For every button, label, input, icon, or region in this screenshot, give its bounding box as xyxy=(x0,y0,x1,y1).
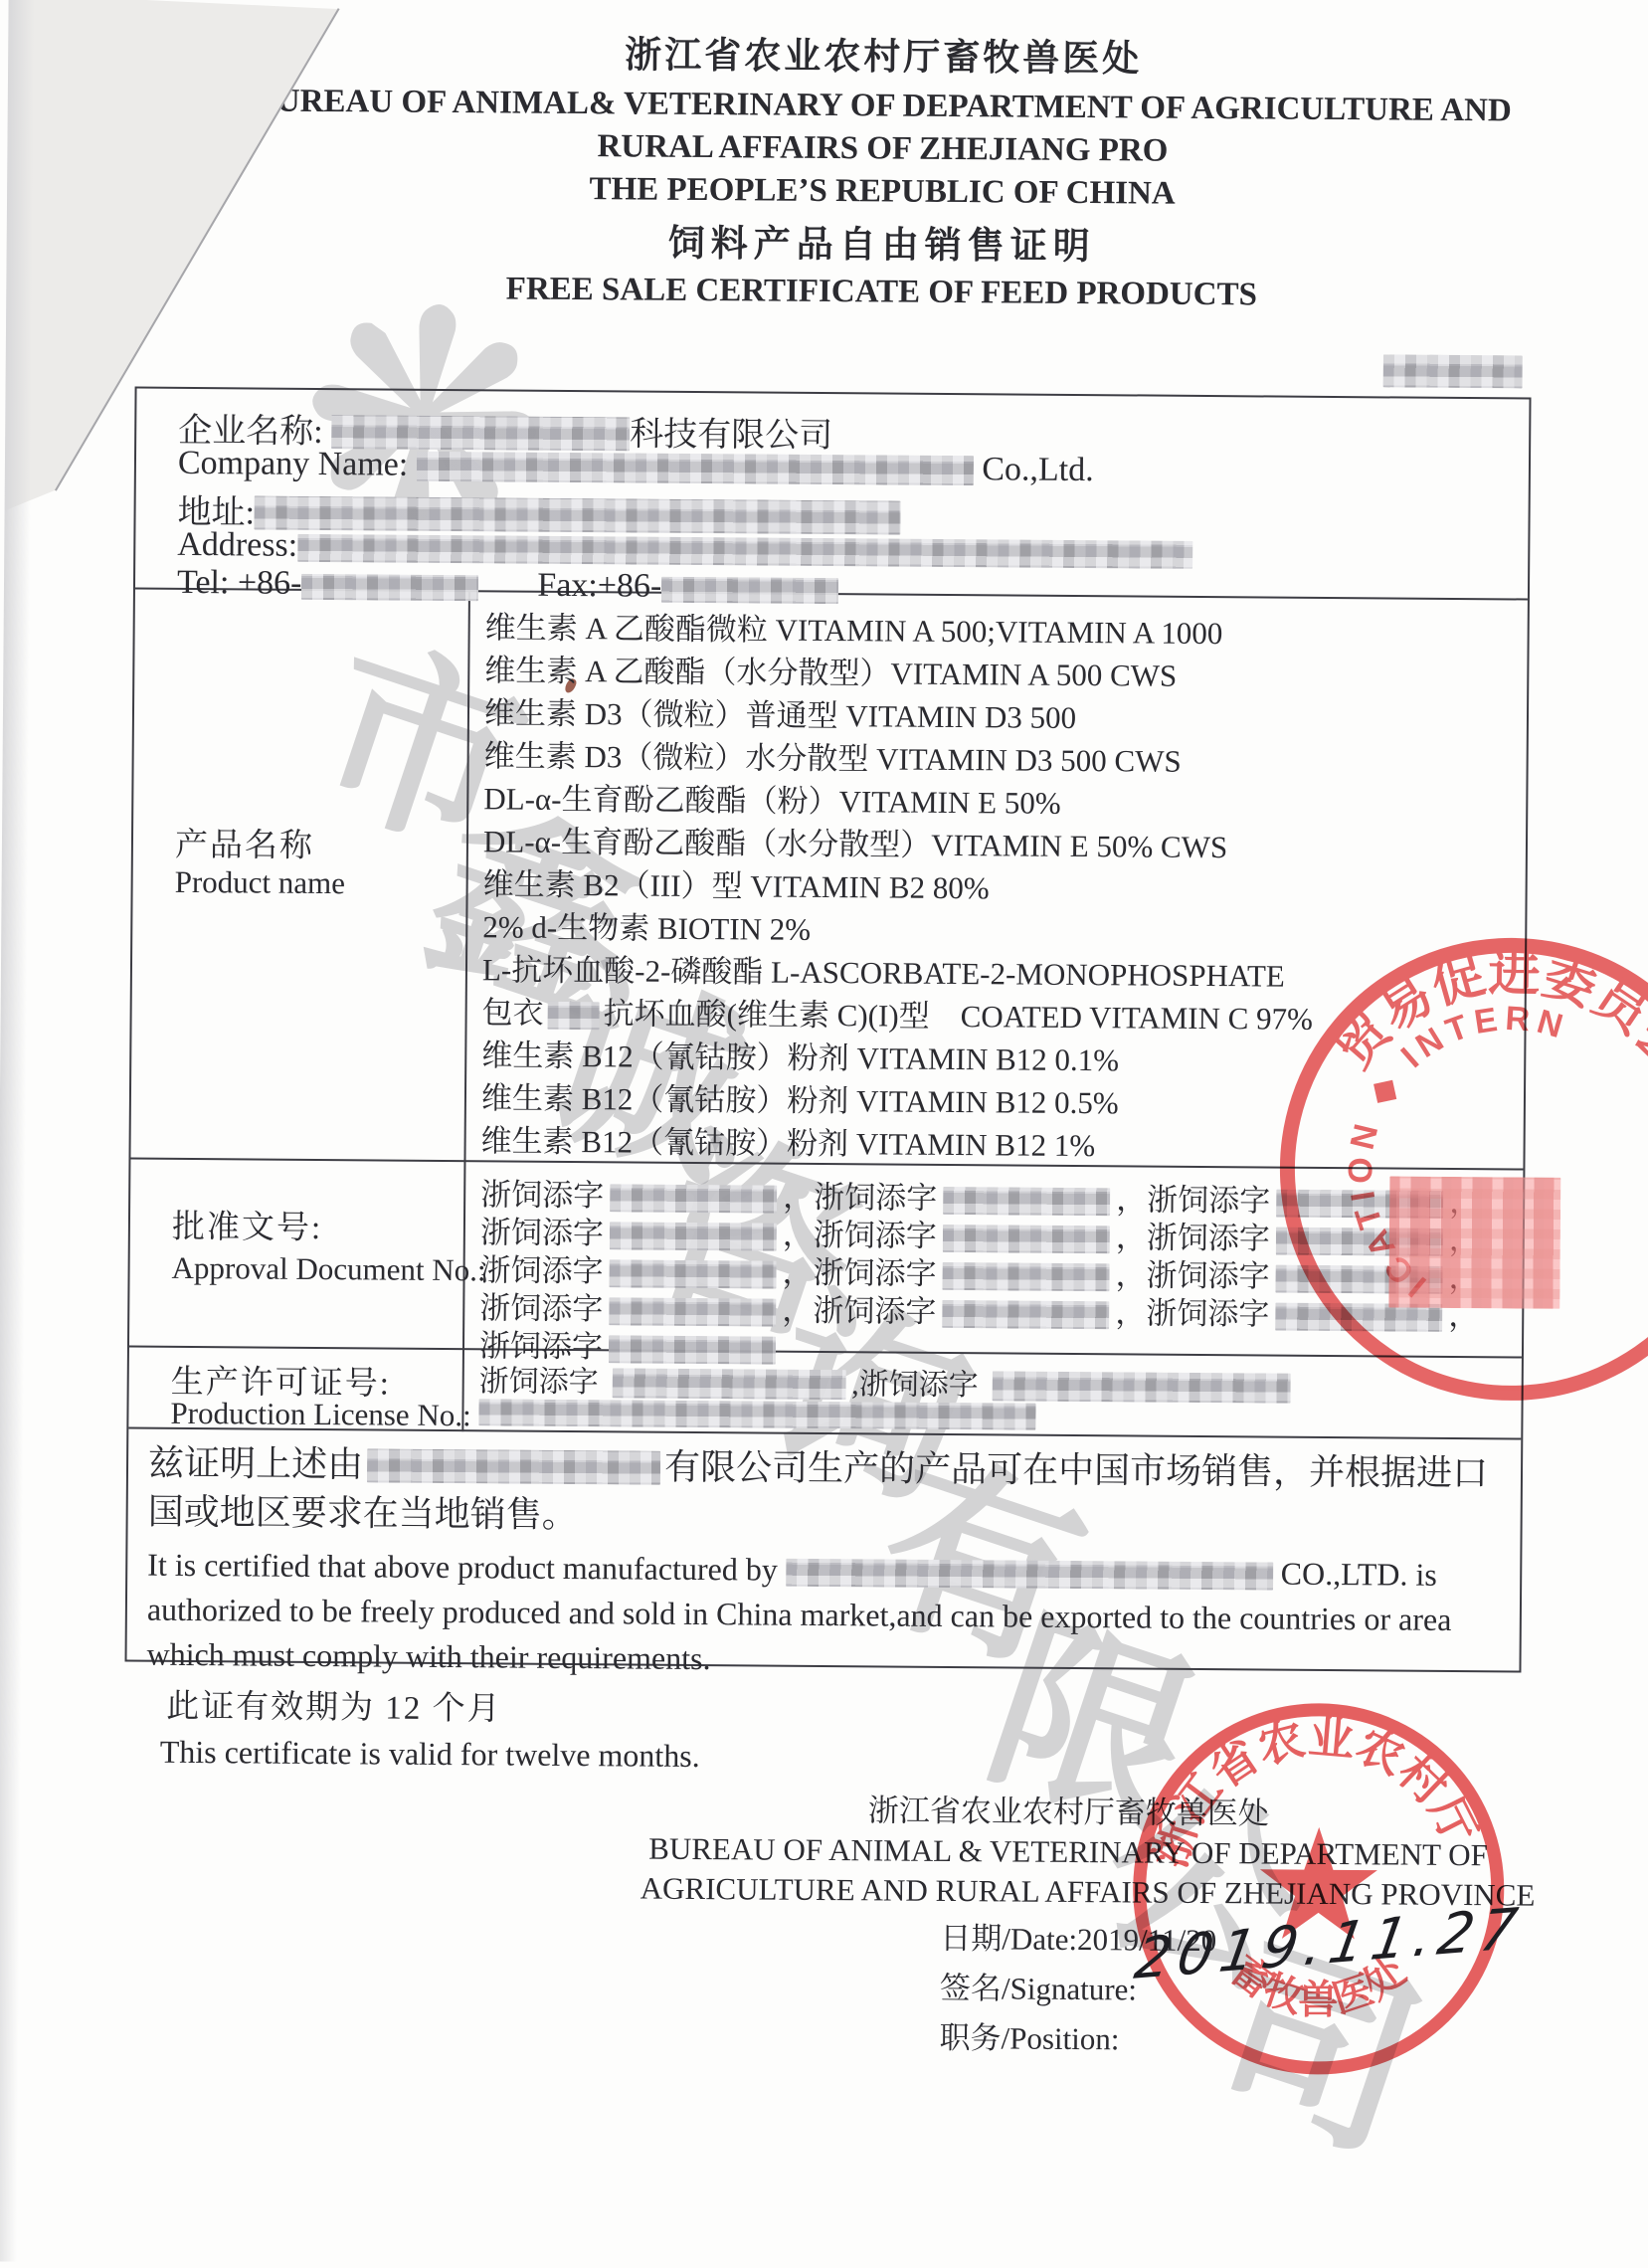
statement-company-redacted xyxy=(367,1448,660,1484)
product-item: 维生素 D3（微粒）普通型 VITAMIN D3 500 xyxy=(484,687,1076,737)
statement-cn-prefix: 兹证明上述由 xyxy=(148,1443,363,1485)
fax-redacted xyxy=(661,577,838,604)
product-item: 维生素 B12（氰钴胺）粉剂 VITAMIN B12 0.5% xyxy=(481,1072,1119,1122)
coated-item-redacted xyxy=(548,1002,600,1030)
product-item: 维生素 B12（氰钴胺）粉剂 VITAMIN B12 1% xyxy=(480,1115,1095,1165)
license-no-redacted xyxy=(478,1399,1035,1429)
approval-separator: ， xyxy=(1115,1295,1146,1330)
header-title-en-1: BUREAU OF ANIMAL& VETERINARY OF DEPARTME… xyxy=(97,82,1648,130)
header-title-cn: 浙江省农业农村厅畜牧兽医处 xyxy=(97,20,1648,86)
approval-label-en: Approval Document No.: xyxy=(171,1250,485,1288)
product-item: 维生素 B12（氰钴胺）粉剂 VITAMIN B12 0.1% xyxy=(481,1030,1119,1079)
approval-separator: ， xyxy=(782,1293,813,1328)
company-name-label-en: Company Name: xyxy=(178,445,409,483)
scanned-document: ❋ 市鑫诚咨询有限公司 浙江省农业农村厅畜牧兽医处 BUREAU OF ANIM… xyxy=(0,0,1648,2268)
license-label-en: Production License No.: xyxy=(170,1396,470,1433)
header-title-en-2: RURAL AFFAIRS OF ZHEJIANG PRO xyxy=(96,124,1648,173)
product-item: 2% d-生物素 BIOTIN 2% xyxy=(482,901,811,949)
tel-label: Tel: +86- xyxy=(177,564,302,602)
company-name-suffix-en: Co.,Ltd. xyxy=(982,451,1094,488)
trade-council-seal: 贸易促进委员会 ICATION ◆ INTERNATIONAL TRADE xyxy=(1230,888,1648,1449)
license-line-2 xyxy=(478,1394,1035,1431)
certificate-page: ❋ 市鑫诚咨询有限公司 浙江省农业农村厅畜牧兽医处 BUREAU OF ANIM… xyxy=(0,0,1648,2268)
approval-entry-prefix: 浙饲添字 xyxy=(813,1293,936,1329)
company-name-en-redacted xyxy=(417,452,974,485)
trade-seal-center-redacted xyxy=(1388,1176,1560,1308)
address-label-en: Address: xyxy=(177,526,297,564)
validity-cn: 此证有效期为 12 个月 xyxy=(166,1680,502,1730)
address-en-redacted xyxy=(297,534,1192,569)
company-name-en-row: Company Name: Co.,Ltd. xyxy=(178,445,1094,489)
approval-label-cn: 批准文号: xyxy=(172,1201,323,1248)
product-name-label-cn: 产品名称 xyxy=(175,819,314,866)
product-item: 维生素 B2（III）型 VITAMIN B2 80% xyxy=(482,858,989,907)
statement-company-en-redacted xyxy=(786,1559,1273,1591)
approval-lines: 浙饲添字，浙饲添字，浙饲添字，浙饲添字，浙饲添字，浙饲添字，浙饲添字，浙饲添字，… xyxy=(137,389,1530,400)
certificate-number-redacted xyxy=(1383,354,1523,388)
statement-en-prefix: It is certified that above product manuf… xyxy=(147,1547,786,1588)
scan-left-edge xyxy=(0,0,35,2262)
tel-redacted xyxy=(301,574,478,601)
document-header: 浙江省农业农村厅畜牧兽医处 BUREAU OF ANIMAL& VETERINA… xyxy=(96,0,1648,262)
approval-number-redacted xyxy=(942,1300,1109,1329)
coated-item-prefix: 包衣 xyxy=(481,995,543,1030)
product-name-label-en: Product name xyxy=(175,864,346,901)
statement-en: It is certified that above product manuf… xyxy=(146,1543,1492,1688)
statement-cn: 兹证明上述由有限公司生产的产品可在中国市场销售，并根据进口国或地区要求在当地销售… xyxy=(147,1439,1493,1548)
bureau-seal: 浙江省农业农村厅 畜牧兽医处 xyxy=(1098,1668,1539,2109)
fax-label: Fax:+86- xyxy=(537,567,661,605)
coated-item-suffix: 抗坏血酸(维生素 C)(I)型 COATED VITAMIN C 97% xyxy=(603,996,1313,1037)
tel-fax-row: Tel: +86- Fax:+86- xyxy=(177,564,839,607)
product-item: DL-α-生育酚乙酸酯（粉）VITAMIN E 50% xyxy=(483,773,1061,823)
validity-en: This certificate is valid for twelve mon… xyxy=(160,1734,700,1775)
table-column-divider xyxy=(461,590,470,1431)
